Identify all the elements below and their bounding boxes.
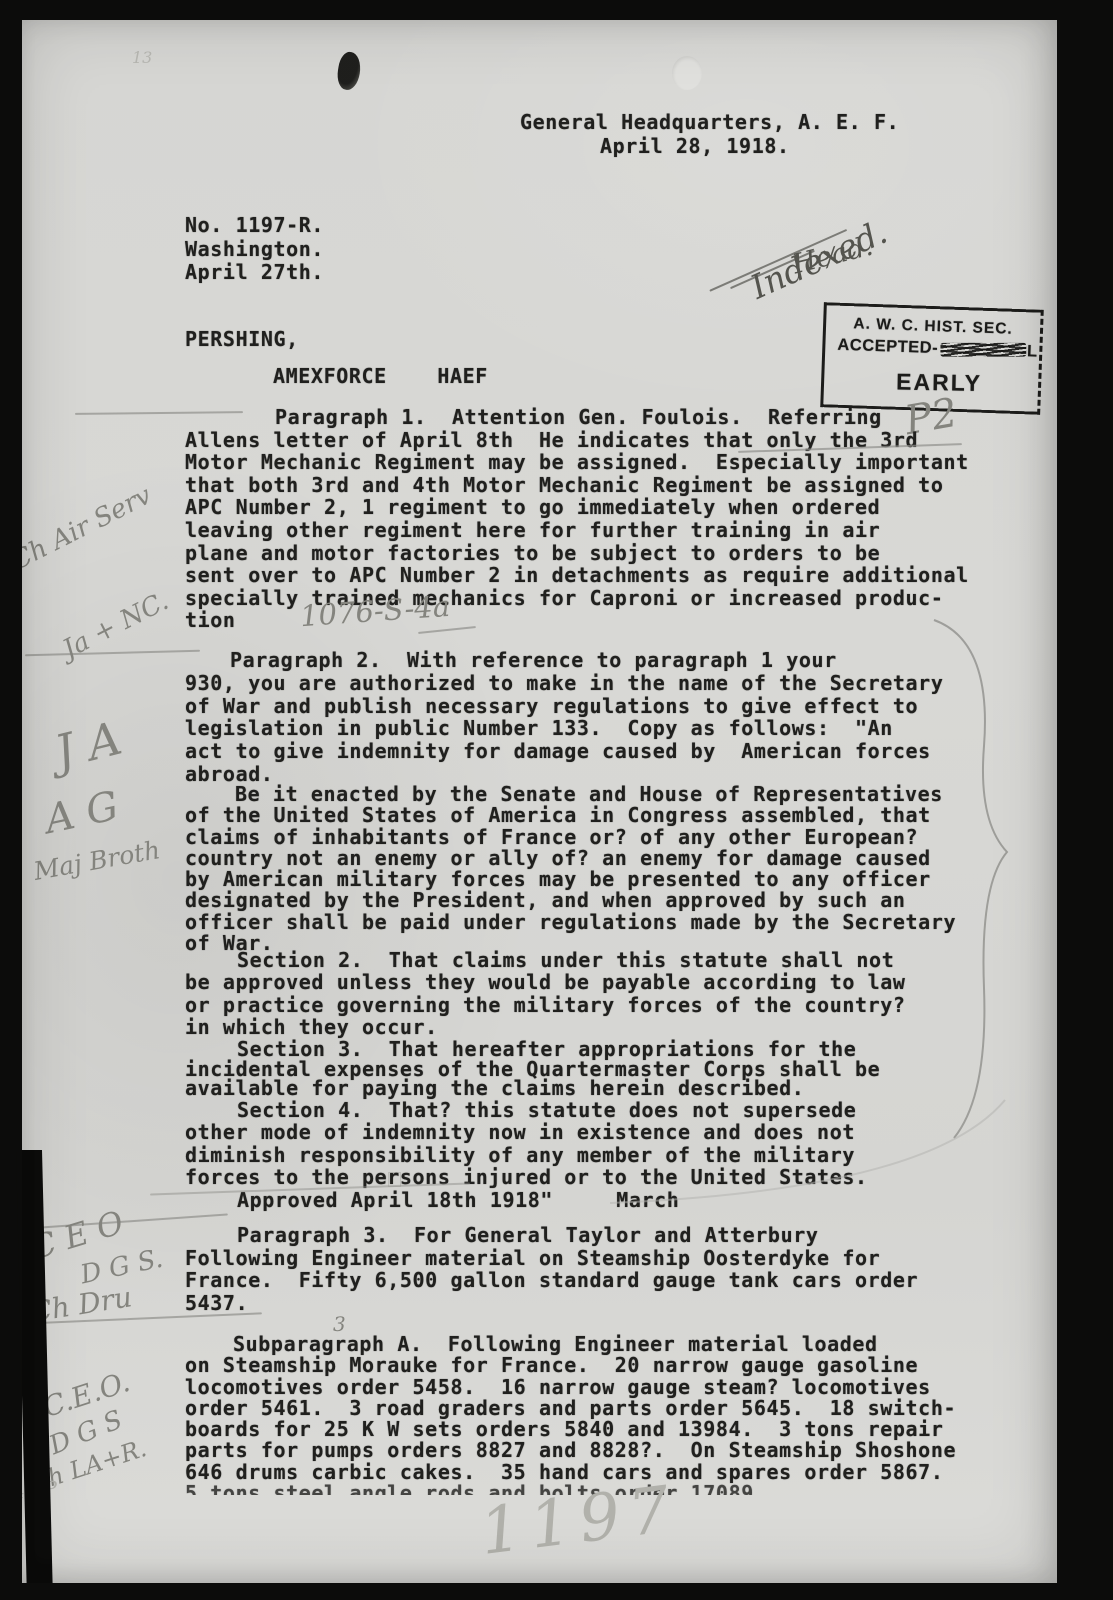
corner-pencil-mark: 13 — [132, 48, 152, 67]
typed-line: available for paying the claims herein d… — [185, 1076, 880, 1096]
typed-line: leaving other regiment here for further … — [185, 518, 969, 541]
typed-line: boards for 25 K W sets orders 5840 and 1… — [185, 1417, 956, 1438]
stamp-line2-suffix: L — [1027, 342, 1038, 360]
paragraph-2-block: Paragraph 2. With reference to paragraph… — [185, 648, 943, 785]
typed-line: legislation in public Number 133. Copy a… — [185, 716, 943, 739]
section-3-block: Section 3. That hereafter appropriations… — [185, 1037, 880, 1096]
stamp-struck-word — [940, 343, 1026, 357]
typed-line: Section 2. That claims under this statut… — [185, 948, 906, 970]
typed-line: 5437. — [185, 1291, 918, 1314]
typed-line: Subparagraph A. Following Engineer mater… — [185, 1332, 956, 1353]
margin-brace — [912, 616, 1022, 1151]
ref-date: April 27th. — [185, 261, 324, 285]
typed-line: that both 3rd and 4th Motor Mechanic Reg… — [185, 473, 969, 496]
stamp-accepted-text: ACCEPTED- — [837, 336, 938, 358]
typed-line: 646 drums carbic cakes. 35 hand cars and… — [185, 1460, 956, 1481]
paragraph-3-block: Paragraph 3. For General Taylor and Atte… — [185, 1223, 918, 1313]
page-curl-arc — [600, 1095, 1020, 1215]
typed-line: Following Engineer material on Steamship… — [185, 1246, 918, 1269]
subparagraph-a-block: Subparagraph A. Following Engineer mater… — [185, 1332, 956, 1495]
typed-line: incidental expenses of the Quartermaster… — [185, 1057, 880, 1077]
ref-number: No. 1197-R. — [185, 214, 324, 238]
frame-bottom — [0, 1583, 1113, 1600]
typed-line: parts for pumps orders 8827 and 8828?. O… — [185, 1438, 956, 1459]
typed-line: sent over to APC Number 2 in detachments… — [185, 563, 969, 586]
typed-line: France. Fifty 6,500 gallon standard gaug… — [185, 1268, 918, 1291]
margin-note-line: Ja + NC. — [52, 570, 204, 670]
typed-line: Paragraph 3. For General Taylor and Atte… — [185, 1223, 918, 1246]
typed-line: APC Number 2, 1 regiment to go immediate… — [185, 495, 969, 518]
typed-line: of War and publish necessary regulations… — [185, 694, 943, 717]
typed-line: plane and motor factories to be subject … — [185, 541, 969, 564]
typed-line: claims of inhabitants of France or? of a… — [185, 825, 956, 846]
typed-line: by American military forces may be prese… — [185, 867, 956, 888]
frame-right — [1057, 0, 1113, 1600]
header-org: General Headquarters, A. E. F. — [520, 111, 899, 135]
typed-line: of the United States of America in Congr… — [185, 803, 956, 824]
punch-hole — [672, 56, 702, 90]
enacted-clause-block: Be it enacted by the Senate and House of… — [185, 782, 956, 952]
typed-line: Paragraph 1. Attention Gen. Foulois. Ref… — [185, 405, 969, 428]
stamp-line2: ACCEPTED-L — [825, 335, 1040, 361]
typed-line: on Steamship Morauke for France. 20 narr… — [185, 1353, 956, 1374]
typed-line: country not an enemy or ally of? an enem… — [185, 846, 956, 867]
typed-line: Section 3. That hereafter appropriations… — [185, 1037, 880, 1057]
typed-line: designated by the President, and when ap… — [185, 888, 956, 909]
header-date: April 28, 1918. — [600, 135, 790, 159]
salutation: PERSHING, — [185, 328, 299, 352]
paragraph-1-block: Paragraph 1. Attention Gen. Foulois. Ref… — [185, 405, 969, 631]
typed-line: be approved unless they would be payable… — [185, 970, 906, 992]
typed-line: order 5461. 3 road graders and parts ord… — [185, 1396, 956, 1417]
typed-line: officer shall be paid under regulations … — [185, 910, 956, 931]
address-line: AMEXFORCE HAEF — [273, 365, 488, 389]
typed-line: or practice governing the military force… — [185, 993, 906, 1015]
section-2-block: Section 2. That claims under this statut… — [185, 948, 906, 1038]
margin-note-line: Ch Air Serv — [5, 479, 157, 579]
typed-line: act to give indemnity for damage caused … — [185, 739, 943, 762]
typed-line: locomotives order 5458. 16 narrow gauge … — [185, 1375, 956, 1396]
frame-top — [0, 0, 1113, 20]
typed-line: in which they occur. — [185, 1015, 906, 1037]
scanned-document-page: 13 General Headquarters, A. E. F. April … — [0, 0, 1113, 1600]
typed-line: Be it enacted by the Senate and House of… — [185, 782, 956, 803]
typed-line: 930, you are authorized to make in the n… — [185, 671, 943, 694]
frame-left — [0, 0, 22, 1600]
typed-line: Paragraph 2. With reference to paragraph… — [185, 648, 943, 671]
typed-line: Motor Mechanic Regiment may be assigned.… — [185, 450, 969, 473]
superscript-3-note: 3 — [333, 1312, 346, 1336]
ref-place: Washington. — [185, 238, 324, 262]
